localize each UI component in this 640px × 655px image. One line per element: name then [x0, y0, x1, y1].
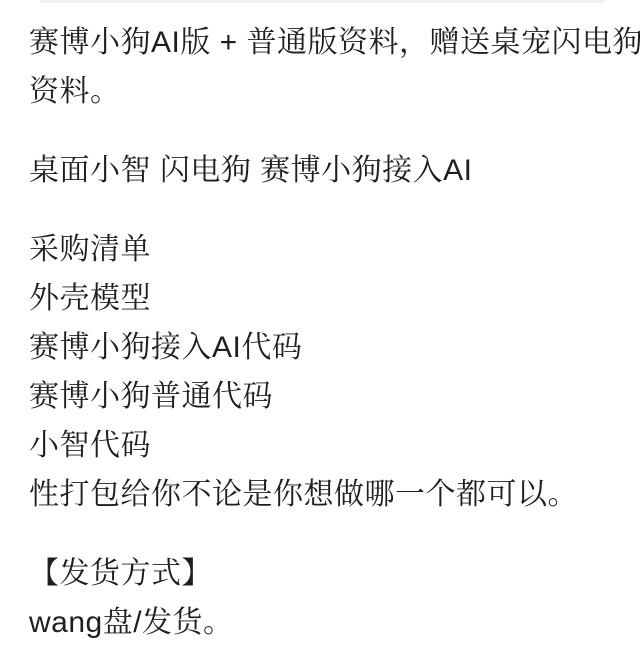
contents-item-purchase-list: 采购清单	[29, 225, 610, 274]
intro-paragraph: 赛博小狗AI版 + 普通版资料，赠送桌宠闪电狗 资料。	[29, 18, 610, 116]
products-summary-paragraph: 桌面小智 闪电狗 赛博小狗接入AI	[29, 146, 610, 195]
contents-list-paragraph: 采购清单 外壳模型 赛博小狗接入AI代码 赛博小狗普通代码 小智代码 性打包给你…	[29, 225, 610, 519]
shipping-method-heading: 【发货方式】	[29, 549, 610, 598]
contents-item-xiaozhi-code: 小智代码	[29, 421, 610, 470]
contents-item-shell-model: 外壳模型	[29, 274, 610, 323]
contents-item-normal-code: 赛博小狗普通代码	[29, 372, 610, 421]
product-description: 赛博小狗AI版 + 普通版资料，赠送桌宠闪电狗 资料。 桌面小智 闪电狗 赛博小…	[29, 18, 610, 647]
intro-line-2: 资料。	[29, 67, 610, 116]
shipping-method-detail: wang盘/发货。	[29, 598, 610, 647]
contents-item-ai-code: 赛博小狗接入AI代码	[29, 323, 610, 372]
cutoff-header-hairline	[40, 0, 605, 3]
shipping-paragraph: 【发货方式】 wang盘/发货。	[29, 549, 610, 647]
intro-line-1: 赛博小狗AI版 + 普通版资料，赠送桌宠闪电狗	[29, 18, 610, 67]
products-summary-line: 桌面小智 闪电狗 赛博小狗接入AI	[29, 146, 610, 195]
contents-item-package-note: 性打包给你不论是你想做哪一个都可以。	[29, 470, 610, 519]
